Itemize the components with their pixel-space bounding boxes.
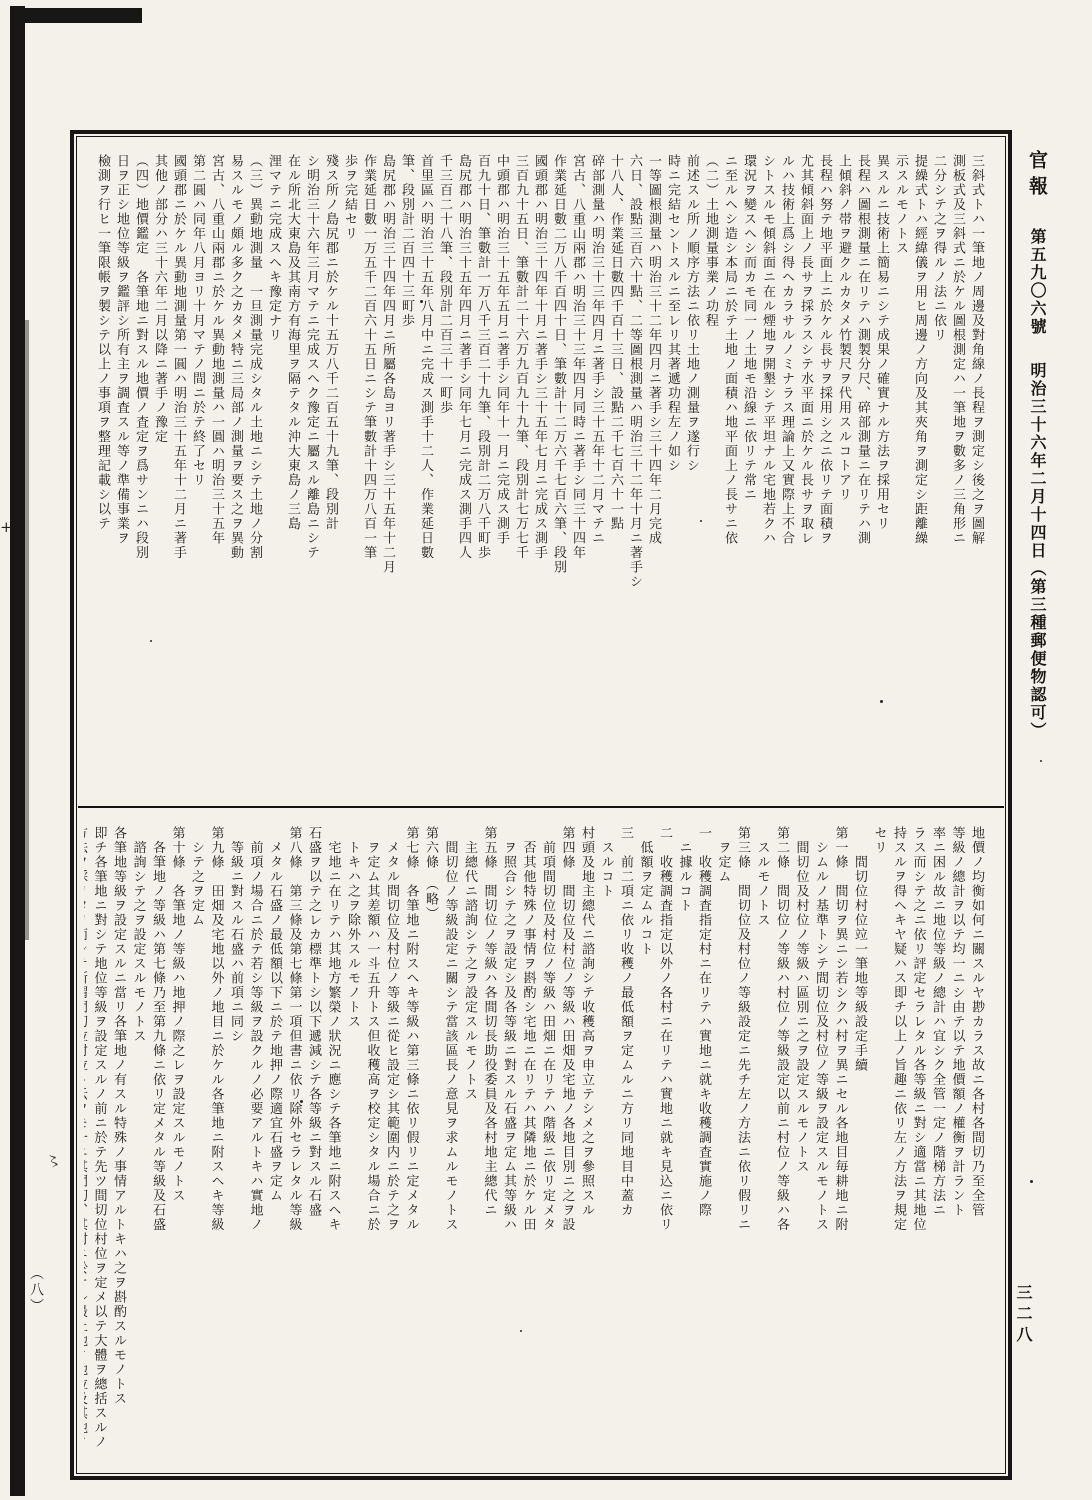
text-column: 低額ヲ定ムルコト: [635, 826, 655, 1458]
text-column: 第五條 間切位ノ等級ハ各間切長助役委員及各村地主總代ニ: [479, 826, 499, 1458]
text-column: 其他ノ部分ハ三十六年二月以降ニ著手ノ豫定: [150, 154, 169, 802]
scan-speckle: [520, 1330, 522, 1332]
text-column: 間切位ノ等級設定ニ關シテ當該區長ノ意見ヲ求ムルモノトス: [440, 826, 460, 1458]
text-column: 提繰式トハ經緯儀ヲ用ヒ周邊ノ方向及其夾角ヲ測定シ距離繰: [910, 154, 929, 802]
text-column: 長程ハ圖根測量ニ在リテハ測製分尺、碎部測量ニ在リテハ測: [853, 154, 872, 802]
text-column: 村頭及地主總代ニ諮詢シテ收穫高ヲ申立テシメ之ヲ參照スル: [577, 826, 597, 1458]
text-column: 易スルモノ頗ル多ク之カタメ特ニ三局部ノ測量ヲ要ス之ヲ異動: [226, 154, 245, 802]
text-column: シテ之ヲ定ム: [187, 826, 207, 1458]
text-column: ヲ定ム其差額ハ一斗五升トス但收穫高ヲ校定シタル場合ニ於: [362, 826, 382, 1458]
scan-speckle: [420, 300, 423, 303]
text-column: 諮詢シテ之ヲ設定スルモノトス: [128, 826, 148, 1458]
bottom-text-block: 地價ノ均衡如何ニ關スルヤ尠カラス故ニ各村各間切乃至全管等級ノ總計ヲ以テ均一ニシ由…: [84, 826, 986, 1458]
text-column: （三）異動地測量 一旦測量完成シタル土地ニシテ土地ノ分割: [245, 154, 264, 802]
text-column: ラス而シテ之ニ依リ評定セラレタル各等級ニ對シ適當ニ其地位: [908, 826, 928, 1458]
text-column: 前項間切位及村位ノ等級ハ田畑ニ在リテハ階級ニ依リ定メタ: [538, 826, 558, 1458]
header-gap: [1037, 336, 1038, 362]
text-column: 國頭郡ニ於ケル異動地測量第一圓ハ明治三十五年十二月ニ著手: [169, 154, 188, 802]
text-column: 間切位村位竝一筆地等級設定手續: [850, 826, 870, 1458]
text-column: 島尻郡ハ明治三十五年四月ニ著手シ同年七月ニ完成ス測手四人: [454, 154, 473, 802]
text-column: 三百九十五日、筆數計二十六万九百九十九筆、段別計七万七千: [511, 154, 530, 802]
text-column: ヲ照合シテ之ヲ設定シ及各等級ニ對スル石盛ヲ定ム其等級ハ: [499, 826, 519, 1458]
text-column: 一 收穫調査指定村ニ在リテハ實地ニ就キ收穫調査實施ノ際: [694, 826, 714, 1458]
text-column: 上傾斜ノ帯ヲ避クルカタメ竹製尺ヲ代用スルコトアリ: [834, 154, 853, 802]
margin-check-mark: 〻: [44, 1149, 63, 1173]
text-column: スルモノトス: [752, 826, 772, 1458]
text-column: 異スルニ技術上簡易ニシテ成果ノ確實ナル方法ヲ採用セリ: [872, 154, 891, 802]
text-column: 等級ニ對スル石盛ハ前項ニ同シ: [226, 826, 246, 1458]
text-column: ヲ定ム: [713, 826, 733, 1458]
text-column: 在ル所北大東島及其南方有海里ヲ隔テタル沖大東島ノ三島: [283, 154, 302, 802]
text-column: 持スルヲ得ヘキヤ疑ハス即チ以上ノ旨趣ニ依リ左ノ方法ヲ規定: [889, 826, 909, 1458]
text-column: （四）地價鑑定 各筆地ニ對スル地價ノ査定ヲ爲サンニハ段別: [131, 154, 150, 802]
text-column: 第二條 間切位ノ等級ハ村位ノ等級設定以前ニ村位ノ等級ハ各: [772, 826, 792, 1458]
text-column: 殘ス所ノ島尻郡ニ於ケル十五万八千二百五十九筆、段別計: [321, 154, 340, 802]
text-column: 宅地ニ在リテハ其地方繁榮ノ狀況ニ應シテ各筆地ニ附スヘキ: [323, 826, 343, 1458]
text-column: （二）土地測量事業ノ功程: [701, 154, 720, 802]
text-column: 測板式及三斜式ニ於ケル圖根測定ハ一筆地ヲ數多ノ三角形ニ: [948, 154, 967, 802]
text-column: 第八條 第三條及第七條第一項但書ニ依リ除外セラレタル等級: [284, 826, 304, 1458]
text-column: 率ニ困ル故ニ地位等級ノ總計ハ宜シク全管一定ノ階梯方法ニ: [928, 826, 948, 1458]
scan-speckle: [1030, 1180, 1033, 1183]
text-column: 主總代ニ諮詢シテ之ヲ設定スルモノトス: [460, 826, 480, 1458]
register-divider-rule: [78, 806, 1004, 808]
text-column: 三 前二項ニ依リ收穫ノ最低額ヲ定ムルニ方リ同地目中蓋カ: [616, 826, 636, 1458]
text-column: シトスルモ傾斜面ニ在ル煙地ヲ開墾シテ平坦ナル宅地若クハ: [758, 154, 777, 802]
text-column: 作業延日數一万五千二百六十五日ニシテ筆數計十四万八百一筆: [359, 154, 378, 802]
text-column: 間切位及村位ノ等級ハ區別ニ之ヲ設定スルモノトス: [791, 826, 811, 1458]
text-column: セリ: [869, 826, 889, 1458]
text-column: 中頭郡ハ明治三十五年五月ニ著手シ同年十一月ニ完成ス測手: [492, 154, 511, 802]
text-column: メタル間切位及村位ノ等級ニ從ヒ設定シ其範圍内ニ於テ之ヲ: [382, 826, 402, 1458]
text-column: トキハ之ヲ除外スルモノトス: [343, 826, 363, 1458]
text-column: 宮古、八重山兩郡ニ於ケル異動地測量ハ一圓ハ明治三十五年: [207, 154, 226, 802]
text-column: 浬マテニ完成スヘキ豫定ナリ: [264, 154, 283, 802]
text-column: 第四條 間切位及村位ノ等級ハ田畑及宅地ノ各地目別ニ之ヲ設: [557, 826, 577, 1458]
text-column: 二分シテ之ヲ得ルノ法ニ依リ: [929, 154, 948, 802]
text-column: 千三百二十八筆、段別計二百三十一町歩: [435, 154, 454, 802]
page-number-right: 三二八: [1012, 1284, 1035, 1347]
text-column: 日ヲ正シ地位等級ヲ鑑評シ所有主ヲ調査スル等ノ準備事業ヲ: [112, 154, 131, 802]
text-column: 歩ヲ完結セリ: [340, 154, 359, 802]
text-column: 一等圖根測量ハ明治三十二年四月ニ著手シ三十四年二月完成: [644, 154, 663, 802]
page-header: 官報第五九〇六號明治三十六年二月十四日（第三種郵便物認可）: [1024, 150, 1051, 1050]
scan-edge-left-streak: [10, 6, 25, 1496]
text-column: 十八人、作業延日數四千百十三日、設點二千七百六十一點: [606, 154, 625, 802]
scan-speckle: [880, 700, 883, 703]
text-column: 第二圓ハ同年八月ヨリ十月マテノ間ニ於テ終了セリ: [188, 154, 207, 802]
text-column: 等級ノ總計ヲ以テ均一ニシ由テ以テ地價額ノ權衡ヲ計ラント: [947, 826, 967, 1458]
text-column: 示スルモノトス: [891, 154, 910, 802]
text-column: 碎部測量ハ明治三十三年四月ニ著手シ三十五年十二月マテニ: [587, 154, 606, 802]
text-column: 地價ノ均衡如何ニ關スルヤ尠カラス故ニ各村各間切乃至全管: [967, 826, 987, 1458]
text-column: 第十條 各筆地ノ等級ハ地押ノ際之レヲ設定スルモノトス: [167, 826, 187, 1458]
text-column: 即チ各筆地ニ對シテ地位等級ヲ設定スルノ前ニ於テ先ツ間切位村位ヲ定メ以テ大體ヲ總括…: [89, 826, 109, 1458]
text-column: 環況ヲ變スヘシ而カモ同一ノ土地モ沿線ニ依リテ常ニ: [739, 154, 758, 802]
publication-title: 官報: [1026, 150, 1048, 202]
text-column: 作業延日數二万八千百四十日、筆數計十二万六千七百六筆、段別: [549, 154, 568, 802]
text-column: 否其他特殊ノ事情ヲ斟酌シ宅地ニ在リテハ其隣地ニ於ケル田: [518, 826, 538, 1458]
text-column: 長程ハ努テ地平面上ニ於ケル長サヲ採用シ之ニ依リテ面積ヲ: [815, 154, 834, 802]
text-column: メタル石盛ノ最低額以下ニ於テ地押ノ際適宜石盛ヲ定ム: [265, 826, 285, 1458]
text-column: シムルノ基準トシテ間切位及村位ノ等級ヲ設定スルモノトス: [811, 826, 831, 1458]
text-column: 石盛ヲ以テ之レカ標準トシ以下遞減シテ各等級ニ對スル石盛: [304, 826, 324, 1458]
text-column: 國頭郡ハ明治三十四年十月ニ著手シ三十五年七月ニ完成ス測手: [530, 154, 549, 802]
text-column: 第七條 各筆地ニ附スヘキ等級ハ第三條ニ依リ假リニ定メタル: [401, 826, 421, 1458]
text-column: 島尻郡ハ明治三十四年四月ニ所屬各島ヨリ著手シ三十五年十二月: [378, 154, 397, 802]
text-column: 第九條 田畑及宅地以外ノ地目ニ於ケル各筆地ニ附スヘキ等級: [206, 826, 226, 1458]
text-frame: 三斜式トハ一筆地ノ周邊及對角線ノ長程ヲ測定シ後之ヲ圖解測板式及三斜式ニ於ケル圖根…: [70, 130, 1012, 1480]
text-column: 宮古、八重山兩郡ハ明治三十三年四月同時ニ著手シ同三十四年: [568, 154, 587, 802]
text-column: 首里區ハ明治三十五年八月中ニ完成ス測手十二人、作業延日數: [416, 154, 435, 802]
text-column: ルハ技術上爲シ得ヘカラサルノミナラス理論上又實際上不合: [777, 154, 796, 802]
text-column: 前項ノ場合ニ於テ若シ等級ヲ設クルノ必要アルトキハ實地ノ: [245, 826, 265, 1458]
scan-edge-left-shadow: [25, 320, 29, 940]
top-text-block: 三斜式トハ一筆地ノ周邊及對角線ノ長程ヲ測定シ後之ヲ圖解測板式及三斜式ニ於ケル圖根…: [84, 154, 986, 802]
text-column: 筆、段別計二百四十三町歩: [397, 154, 416, 802]
text-column: 方法ヲ採リタリ而シテ所謂間切位村位ト云フモ一ニ其間切、其村ニ於ケル最上地ノ地位及…: [84, 826, 89, 1458]
text-column: スルコト: [596, 826, 616, 1458]
text-column: 時ニ完結セントスルニ至レリ其著遞功程左ノ如シ: [663, 154, 682, 802]
scan-speckle: [150, 640, 152, 642]
text-column: 第六條 （略）: [421, 826, 441, 1458]
text-column: 各筆地等級ヲ設定スルニ當リ各筆地ノ有スル特殊ノ事情アルトキハ之ヲ斟酌スルモノトス: [109, 826, 129, 1458]
text-column: シ明治三十六年三月マテニ完成スヘク豫定ニ屬スル離島ニシテ: [302, 154, 321, 802]
text-column: 檢測ヲ行ヒ一筆限帳ヲ製シテ以上ノ事項ヲ整理記載シ以テ: [93, 154, 112, 802]
text-column: 各筆地ノ等級ハ第七條乃至第九條ニ依リ定メタル等級及石盛: [148, 826, 168, 1458]
scan-edge-top-bar: [12, 8, 142, 23]
text-column: 六日、設點三百六十點、二等圖根測量ハ明治三十二年十月ニ著手シ: [625, 154, 644, 802]
text-column: 百九十日、筆數計一万八千三百二十九筆、段別計二万八千町歩: [473, 154, 492, 802]
text-column: 第一條 間切ヲ異ニシ若シクハ村ヲ異ニセル各地目毎耕地ニ附: [830, 826, 850, 1458]
issue-date: 明治三十六年二月十四日（第三種郵便物認可）: [1028, 362, 1047, 740]
text-column: 前述スル所ノ順序方法ニ依リ土地ノ測量ヲ遂行シ: [682, 154, 701, 802]
text-column: 三斜式トハ一筆地ノ周邊及對角線ノ長程ヲ測定シ後之ヲ圖解: [967, 154, 986, 802]
gazette-scan-page: 三斜式トハ一筆地ノ周邊及對角線ノ長程ヲ測定シ後之ヲ圖解測板式及三斜式ニ於ケル圖根…: [0, 0, 1092, 1500]
scan-speckle: [1040, 760, 1042, 762]
issue-number: 第五九〇六號: [1028, 228, 1047, 336]
header-gap: [1037, 202, 1038, 228]
scan-speckle: [300, 1100, 303, 1103]
scan-speckle: [700, 520, 702, 522]
text-column: 二 收穫調査指定以外ノ各村ニ在リテハ實地ニ就キ見込ニ依リ: [655, 826, 675, 1458]
text-column: 尤其傾斜面上ノ長サヲ採ラスシテ水平面ニ於ケル長サヲ取レ: [796, 154, 815, 802]
text-column: ニ據ルコト: [674, 826, 694, 1458]
margin-plus-mark: +: [0, 518, 13, 536]
page-number-left: （八）: [26, 1266, 46, 1314]
text-column: 第三條 間切位及村位ノ等級設定ニ先チ左ノ方法ニ依リ假リニ: [733, 826, 753, 1458]
text-column: ニ至ルヘシ造シ本局ニ於テ土地ノ面積ハ地平面上ノ長サニ依: [720, 154, 739, 802]
